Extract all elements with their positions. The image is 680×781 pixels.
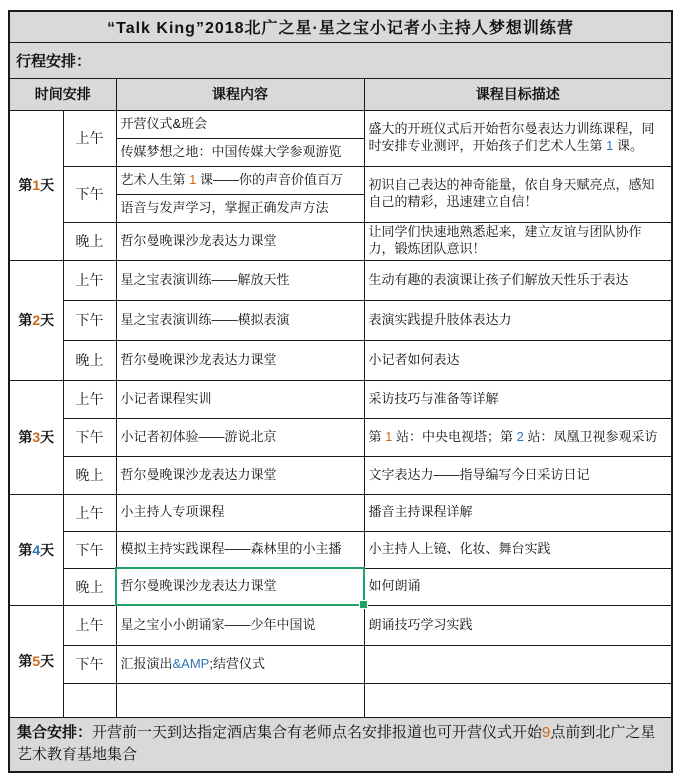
table-row: 第5天 上午 星之宝小小朗诵家——少年中国说 朗诵技巧学习实践 [9, 605, 672, 645]
section-label[interactable]: 行程安排： [9, 42, 672, 78]
table-row: 晚上 哲尔曼晚课沙龙表达力课堂 小记者如何表达 [9, 340, 672, 380]
day4-afternoon-course[interactable]: 模拟主持实践课程——森林里的小主播 [116, 531, 364, 568]
day2-evening-desc[interactable]: 小记者如何表达 [364, 340, 672, 380]
text-segment: 语音与发声学习，掌握正确发声方法 [121, 200, 329, 215]
text-segment: 课——你的声音价值百万 [196, 172, 343, 187]
footer-row: 集合安排：开营前一天到达指定酒店集合有老师点名安排报道也可开营仪式开始9点前到北… [9, 717, 672, 772]
day5-afternoon-desc[interactable] [364, 645, 672, 683]
day1-evening-desc[interactable]: 让同学们快速地熟悉起来，建立友谊与团队协作力，锻炼团队意识！ [364, 222, 672, 260]
text-segment: 天 [40, 542, 54, 558]
text-segment: 哲尔曼晚课沙龙表达力课堂 [121, 578, 277, 593]
text-segment: 艺术人生第 [121, 172, 190, 187]
day2-afternoon-desc[interactable]: 表演实践提升肢体表达力 [364, 300, 672, 340]
text-segment: 第 [18, 177, 32, 193]
day1-afternoon-course-1[interactable]: 艺术人生第 1 课——你的声音价值百万 [116, 166, 364, 194]
text-segment: 1 [32, 177, 40, 193]
text-segment: 4 [32, 542, 40, 558]
text-segment: 小记者如何表达 [369, 352, 460, 367]
table-row: 晚上 哲尔曼晚课沙龙表达力课堂 文字表达力——指导编写今日采访日记 [9, 456, 672, 494]
text-segment: 星之宝小小朗诵家——少年中国说 [121, 617, 316, 632]
day1-morning-course-1[interactable]: 开营仪式&班会 [116, 110, 364, 138]
day2-afternoon-time[interactable]: 下午 [63, 300, 116, 340]
text-segment: 哲尔曼晚课沙龙表达力课堂 [121, 467, 277, 482]
table-row: 晚上 哲尔曼晚课沙龙表达力课堂 让同学们快速地熟悉起来，建立友谊与团队协作力，锻… [9, 222, 672, 260]
text-segment: 小主持人专项课程 [121, 504, 225, 519]
day5-morning-time[interactable]: 上午 [63, 605, 116, 645]
day4-morning-course[interactable]: 小主持人专项课程 [116, 494, 364, 531]
text-segment: 集合安排： [17, 724, 92, 741]
day-5-label[interactable]: 第5天 [9, 605, 63, 717]
day4-morning-time[interactable]: 上午 [63, 494, 116, 531]
col-header-time[interactable]: 时间安排 [9, 78, 116, 110]
day3-evening-desc[interactable]: 文字表达力——指导编写今日采访日记 [364, 456, 672, 494]
table-row: 下午 星之宝表演训练——模拟表演 表演实践提升肢体表达力 [9, 300, 672, 340]
day5-extra-course-empty[interactable] [116, 683, 364, 717]
day1-afternoon-course-2[interactable]: 语音与发声学习，掌握正确发声方法 [116, 194, 364, 222]
day5-extra-time-empty[interactable] [63, 683, 116, 717]
text-segment: 表演实践提升肢体表达力 [369, 312, 512, 327]
day4-evening-desc[interactable]: 如何朗诵 [364, 568, 672, 605]
day3-evening-course[interactable]: 哲尔曼晚课沙龙表达力课堂 [116, 456, 364, 494]
text-segment: 星之宝表演训练——模拟表演 [121, 312, 290, 327]
day1-morning-course-2[interactable]: 传媒梦想之地：中国传媒大学参观游览 [116, 138, 364, 166]
day3-morning-course[interactable]: 小记者课程实训 [116, 380, 364, 418]
day2-morning-desc[interactable]: 生动有趣的表演课让孩子们解放天性乐于表达 [364, 260, 672, 300]
col-header-goal[interactable]: 课程目标描述 [364, 78, 672, 110]
day4-evening-time[interactable]: 晚上 [63, 568, 116, 605]
table-row: 第2天 上午 星之宝表演训练——解放天性 生动有趣的表演课让孩子们解放天性乐于表… [9, 260, 672, 300]
document-page: “Talk King”2018北广之星·星之宝小记者小主持人梦想训练营 行程安排… [0, 0, 680, 773]
section-row: 行程安排： [9, 42, 672, 78]
header-row: 时间安排 课程内容 课程目标描述 [9, 78, 672, 110]
table-row: 下午 小记者初体验——游说北京 第 1 站：中央电视塔；第 2 站：凤凰卫视参观… [9, 418, 672, 456]
day3-morning-desc[interactable]: 采访技巧与准备等详解 [364, 380, 672, 418]
day2-evening-course[interactable]: 哲尔曼晚课沙龙表达力课堂 [116, 340, 364, 380]
text-segment: 小主持人上镜、化妆、舞台实践 [369, 541, 551, 556]
table-row: 第1天 上午 开营仪式&班会 盛大的开班仪式后开始哲尔曼表达力训练课程，同时安排… [9, 110, 672, 138]
table-row: 第3天 上午 小记者课程实训 采访技巧与准备等详解 [9, 380, 672, 418]
text-segment: 第 [18, 542, 32, 558]
text-segment: 朗诵技巧学习实践 [369, 617, 473, 632]
text-segment: 文字表达力——指导编写今日采访日记 [369, 467, 590, 482]
text-segment: 第 [18, 429, 32, 445]
day1-afternoon-time[interactable]: 下午 [63, 166, 116, 222]
table-row: 下午 模拟主持实践课程——森林里的小主播 小主持人上镜、化妆、舞台实践 [9, 531, 672, 568]
day1-afternoon-desc[interactable]: 初识自己表达的神奇能量，依自身天赋亮点，感知自己的精彩，迅速建立自信！ [364, 166, 672, 222]
day2-evening-time[interactable]: 晚上 [63, 340, 116, 380]
text-segment: ;结营仪式 [209, 656, 265, 671]
text-segment: 小记者课程实训 [121, 391, 212, 406]
text-segment: 2 [517, 429, 524, 444]
day5-morning-course[interactable]: 星之宝小小朗诵家——少年中国说 [116, 605, 364, 645]
text-segment: 哲尔曼晚课沙龙表达力课堂 [121, 233, 277, 248]
text-segment: 天 [40, 312, 54, 328]
text-segment: 哲尔曼晚课沙龙表达力课堂 [121, 352, 277, 367]
text-segment: 小记者初体验——游说北京 [121, 429, 277, 444]
text-segment: 开营前一天到达指定酒店集合有老师点名安排报道也可开营仪式开始 [92, 724, 542, 741]
text-segment: 星之宝表演训练——解放天性 [121, 272, 290, 287]
text-segment: 生动有趣的表演课让孩子们解放天性乐于表达 [369, 272, 629, 287]
day2-morning-time[interactable]: 上午 [63, 260, 116, 300]
text-segment: 天 [40, 177, 54, 193]
day1-morning-desc[interactable]: 盛大的开班仪式后开始哲尔曼表达力训练课程，同时安排专业测评，开始孩子们艺术人生第… [364, 110, 672, 166]
day-1-label[interactable]: 第1天 [9, 110, 63, 260]
text-segment: 2 [32, 312, 40, 328]
text-segment: &AMP [173, 656, 210, 671]
day4-morning-desc[interactable]: 播音主持课程详解 [364, 494, 672, 531]
text-segment: 模拟主持实践课程——森林里的小主播 [121, 541, 342, 556]
assembly-note[interactable]: 集合安排：开营前一天到达指定酒店集合有老师点名安排报道也可开营仪式开始9点前到北… [9, 717, 672, 772]
text-segment: 课。 [613, 138, 643, 153]
day1-morning-time[interactable]: 上午 [63, 110, 116, 166]
day3-afternoon-time[interactable]: 下午 [63, 418, 116, 456]
text-segment: 5 [32, 653, 40, 669]
day5-afternoon-time[interactable]: 下午 [63, 645, 116, 683]
day1-evening-time[interactable]: 晚上 [63, 222, 116, 260]
day-3-label[interactable]: 第3天 [9, 380, 63, 494]
text-segment: 第 [18, 312, 32, 328]
text-segment: 第 [18, 653, 32, 669]
day5-afternoon-course[interactable]: 汇报演出&AMP;结营仪式 [116, 645, 364, 683]
selection-fill-handle[interactable] [359, 600, 368, 609]
title-row: “Talk King”2018北广之星·星之宝小记者小主持人梦想训练营 [9, 11, 672, 42]
schedule-table: “Talk King”2018北广之星·星之宝小记者小主持人梦想训练营 行程安排… [8, 10, 673, 773]
text-segment: 开营仪式&班会 [121, 116, 208, 131]
text-segment: 第 [369, 429, 386, 444]
day3-morning-time[interactable]: 上午 [63, 380, 116, 418]
selected-cell-text: 哲尔曼晚课沙龙表达力课堂 [121, 578, 277, 593]
day5-extra-desc-empty[interactable] [364, 683, 672, 717]
table-row: 下午 艺术人生第 1 课——你的声音价值百万 初识自己表达的神奇能量，依自身天赋… [9, 166, 672, 194]
table-row: 下午 汇报演出&AMP;结营仪式 [9, 645, 672, 683]
day5-morning-desc[interactable]: 朗诵技巧学习实践 [364, 605, 672, 645]
text-segment: 汇报演出 [121, 656, 173, 671]
day4-afternoon-desc[interactable]: 小主持人上镜、化妆、舞台实践 [364, 531, 672, 568]
text-segment: 天 [40, 429, 54, 445]
text-segment: 3 [32, 429, 40, 445]
day-4-label[interactable]: 第4天 [9, 494, 63, 605]
text-segment: 站：中央电视塔；第 [392, 429, 516, 444]
text-segment: 初识自己表达的神奇能量，依自身天赋亮点，感知自己的精彩，迅速建立自信！ [369, 177, 655, 209]
text-segment: 播音主持课程详解 [369, 504, 473, 519]
day1-evening-course[interactable]: 哲尔曼晚课沙龙表达力课堂 [116, 222, 364, 260]
day4-afternoon-time[interactable]: 下午 [63, 531, 116, 568]
text-segment: 天 [40, 653, 54, 669]
day-2-label[interactable]: 第2天 [9, 260, 63, 380]
day4-evening-course-selected-cell[interactable]: 哲尔曼晚课沙龙表达力课堂 [116, 568, 364, 605]
table-row: 晚上 哲尔曼晚课沙龙表达力课堂 如何朗诵 [9, 568, 672, 605]
doc-title[interactable]: “Talk King”2018北广之星·星之宝小记者小主持人梦想训练营 [9, 11, 672, 42]
day3-evening-time[interactable]: 晚上 [63, 456, 116, 494]
table-row: 第4天 上午 小主持人专项课程 播音主持课程详解 [9, 494, 672, 531]
text-segment: 如何朗诵 [369, 578, 421, 593]
text-segment: 传媒梦想之地：中国传媒大学参观游览 [121, 144, 342, 159]
text-segment: 让同学们快速地熟悉起来，建立友谊与团队协作力，锻炼团队意识！ [369, 224, 642, 256]
text-segment: 站：凤凰卫视参观采访 [524, 429, 658, 444]
day3-afternoon-course[interactable]: 小记者初体验——游说北京 [116, 418, 364, 456]
day3-afternoon-desc[interactable]: 第 1 站：中央电视塔；第 2 站：凤凰卫视参观采访 [364, 418, 672, 456]
table-row [9, 683, 672, 717]
col-header-course[interactable]: 课程内容 [116, 78, 364, 110]
day2-afternoon-course[interactable]: 星之宝表演训练——模拟表演 [116, 300, 364, 340]
text-segment: 采访技巧与准备等详解 [369, 391, 499, 406]
day2-morning-course[interactable]: 星之宝表演训练——解放天性 [116, 260, 364, 300]
